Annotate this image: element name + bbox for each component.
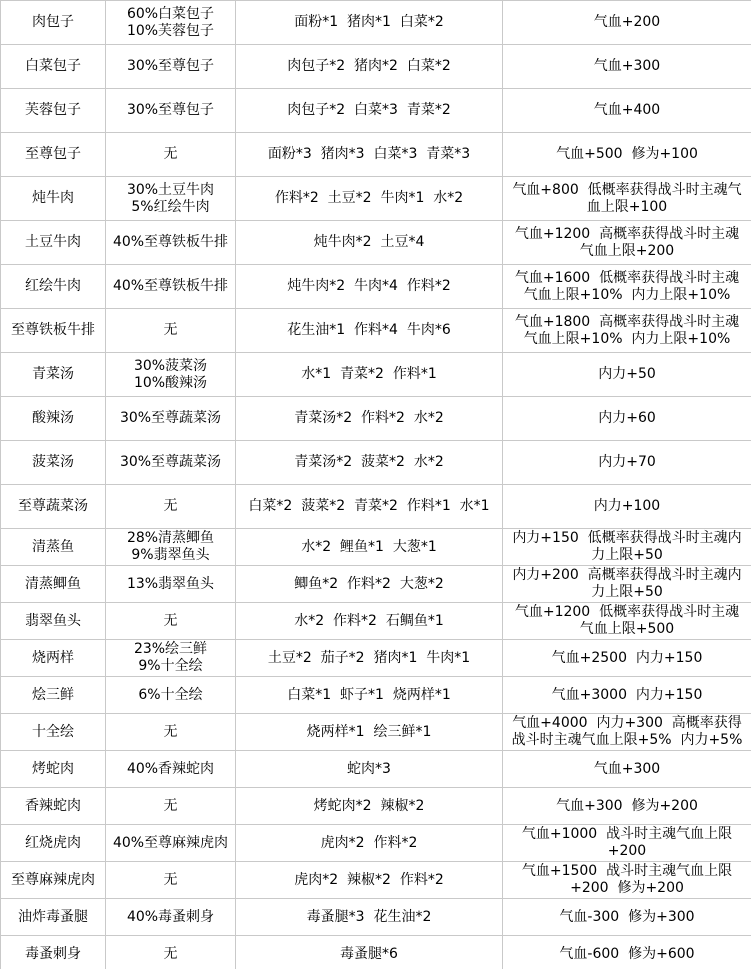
table-row: 至尊蔬菜汤 无 白菜*2 菠菜*2 青菜*2 作料*1 水*1 内力+100: [1, 485, 751, 529]
cell-upgrade-chance[interactable]: 30%菠菜汤 10%酸辣汤: [106, 353, 236, 397]
table-row: 香辣蛇肉 无 烤蛇肉*2 辣椒*2 气血+300 修为+200: [1, 788, 751, 825]
table-row: 土豆牛肉 40%至尊铁板牛排 炖牛肉*2 土豆*4 气血+1200 高概率获得战…: [1, 221, 751, 265]
cell-upgrade-chance[interactable]: 30%至尊蔬菜汤: [106, 397, 236, 441]
table-row: 烧两样 23%绘三鲜 9%十全绘 土豆*2 茄子*2 猪肉*1 牛肉*1 气血+…: [1, 640, 751, 677]
cell-recipe-name[interactable]: 土豆牛肉: [1, 221, 106, 265]
cell-effects[interactable]: 内力+70: [503, 441, 751, 485]
cell-upgrade-chance[interactable]: 无: [106, 936, 236, 969]
cell-effects[interactable]: 气血+1200 高概率获得战斗时主魂气血上限+200: [503, 221, 751, 265]
cell-ingredients[interactable]: 土豆*2 茄子*2 猪肉*1 牛肉*1: [236, 640, 503, 677]
cell-upgrade-chance[interactable]: 6%十全绘: [106, 677, 236, 714]
cell-upgrade-chance[interactable]: 无: [106, 714, 236, 751]
cell-ingredients[interactable]: 烤蛇肉*2 辣椒*2: [236, 788, 503, 825]
table-row: 十全绘 无 烧两样*1 绘三鲜*1 气血+4000 内力+300 高概率获得战斗…: [1, 714, 751, 751]
cell-ingredients[interactable]: 青菜汤*2 菠菜*2 水*2: [236, 441, 503, 485]
table-row: 菠菜汤 30%至尊蔬菜汤 青菜汤*2 菠菜*2 水*2 内力+70: [1, 441, 751, 485]
cell-upgrade-chance[interactable]: 30%至尊包子: [106, 45, 236, 89]
cell-upgrade-chance[interactable]: 40%至尊铁板牛排: [106, 221, 236, 265]
cell-ingredients[interactable]: 虎肉*2 辣椒*2 作料*2: [236, 862, 503, 899]
cell-effects[interactable]: 气血+1500 战斗时主魂气血上限+200 修为+200: [503, 862, 751, 899]
table-row: 白菜包子 30%至尊包子 肉包子*2 猪肉*2 白菜*2 气血+300: [1, 45, 751, 89]
cell-ingredients[interactable]: 蛇肉*3: [236, 751, 503, 788]
cell-ingredients[interactable]: 花生油*1 作料*4 牛肉*6: [236, 309, 503, 353]
cell-ingredients[interactable]: 面粉*3 猪肉*3 白菜*3 青菜*3: [236, 133, 503, 177]
cell-recipe-name[interactable]: 酸辣汤: [1, 397, 106, 441]
cell-ingredients[interactable]: 炖牛肉*2 牛肉*4 作料*2: [236, 265, 503, 309]
cell-ingredients[interactable]: 毒蚤腿*6: [236, 936, 503, 969]
cell-ingredients[interactable]: 水*1 青菜*2 作料*1: [236, 353, 503, 397]
cell-upgrade-chance[interactable]: 无: [106, 603, 236, 640]
cell-ingredients[interactable]: 白菜*2 菠菜*2 青菜*2 作料*1 水*1: [236, 485, 503, 529]
cell-recipe-name[interactable]: 至尊蔬菜汤: [1, 485, 106, 529]
cell-ingredients[interactable]: 肉包子*2 白菜*3 青菜*2: [236, 89, 503, 133]
table-row: 肉包子 60%白菜包子 10%芙蓉包子 面粉*1 猪肉*1 白菜*2 气血+20…: [1, 1, 751, 45]
cell-effects[interactable]: 气血-300 修为+300: [503, 899, 751, 936]
cell-upgrade-chance[interactable]: 无: [106, 133, 236, 177]
cell-upgrade-chance[interactable]: 23%绘三鲜 9%十全绘: [106, 640, 236, 677]
cell-effects[interactable]: 气血+800 低概率获得战斗时主魂气血上限+100: [503, 177, 751, 221]
cell-ingredients[interactable]: 面粉*1 猪肉*1 白菜*2: [236, 1, 503, 45]
cell-upgrade-chance[interactable]: 30%至尊蔬菜汤: [106, 441, 236, 485]
cell-effects[interactable]: 内力+50: [503, 353, 751, 397]
cell-recipe-name[interactable]: 十全绘: [1, 714, 106, 751]
cell-effects[interactable]: 气血+300: [503, 751, 751, 788]
table-row: 青菜汤 30%菠菜汤 10%酸辣汤 水*1 青菜*2 作料*1 内力+50: [1, 353, 751, 397]
cell-effects[interactable]: 内力+150 低概率获得战斗时主魂内力上限+50: [503, 529, 751, 566]
table-row: 酸辣汤 30%至尊蔬菜汤 青菜汤*2 作料*2 水*2 内力+60: [1, 397, 751, 441]
cell-effects[interactable]: 气血+400: [503, 89, 751, 133]
cell-effects[interactable]: 气血+4000 内力+300 高概率获得战斗时主魂气血上限+5% 内力+5%: [503, 714, 751, 751]
cell-recipe-name[interactable]: 烩三鲜: [1, 677, 106, 714]
cell-upgrade-chance[interactable]: 30%土豆牛肉 5%红绘牛肉: [106, 177, 236, 221]
table-row: 清蒸鲫鱼 13%翡翠鱼头 鲫鱼*2 作料*2 大葱*2 内力+200 高概率获得…: [1, 566, 751, 603]
cell-ingredients[interactable]: 白菜*1 虾子*1 烧两样*1: [236, 677, 503, 714]
cell-effects[interactable]: 气血+300: [503, 45, 751, 89]
table-row: 清蒸鱼 28%清蒸鲫鱼 9%翡翠鱼头 水*2 鲤鱼*1 大葱*1 内力+150 …: [1, 529, 751, 566]
cell-recipe-name[interactable]: 肉包子: [1, 1, 106, 45]
table-row: 至尊包子 无 面粉*3 猪肉*3 白菜*3 青菜*3 气血+500 修为+100: [1, 133, 751, 177]
cell-upgrade-chance[interactable]: 无: [106, 309, 236, 353]
cell-ingredients[interactable]: 水*2 鲤鱼*1 大葱*1: [236, 529, 503, 566]
cell-effects[interactable]: 气血+1800 高概率获得战斗时主魂气血上限+10% 内力上限+10%: [503, 309, 751, 353]
table-row: 油炸毒蚤腿 40%毒蚤刺身 毒蚤腿*3 花生油*2 气血-300 修为+300: [1, 899, 751, 936]
cell-effects[interactable]: 内力+100: [503, 485, 751, 529]
cell-effects[interactable]: 气血+500 修为+100: [503, 133, 751, 177]
cell-upgrade-chance[interactable]: 13%翡翠鱼头: [106, 566, 236, 603]
cell-recipe-name[interactable]: 白菜包子: [1, 45, 106, 89]
cell-upgrade-chance[interactable]: 28%清蒸鲫鱼 9%翡翠鱼头: [106, 529, 236, 566]
cell-effects[interactable]: 气血-600 修为+600: [503, 936, 751, 969]
cell-recipe-name[interactable]: 清蒸鱼: [1, 529, 106, 566]
cell-recipe-name[interactable]: 红绘牛肉: [1, 265, 106, 309]
cell-upgrade-chance[interactable]: 无: [106, 788, 236, 825]
table-row: 翡翠鱼头 无 水*2 作料*2 石鲷鱼*1 气血+1200 低概率获得战斗时主魂…: [1, 603, 751, 640]
cell-recipe-name[interactable]: 烧两样: [1, 640, 106, 677]
cell-recipe-name[interactable]: 清蒸鲫鱼: [1, 566, 106, 603]
cell-upgrade-chance[interactable]: 30%至尊包子: [106, 89, 236, 133]
table-row: 至尊铁板牛排 无 花生油*1 作料*4 牛肉*6 气血+1800 高概率获得战斗…: [1, 309, 751, 353]
cell-effects[interactable]: 气血+1600 低概率获得战斗时主魂气血上限+10% 内力上限+10%: [503, 265, 751, 309]
cell-ingredients[interactable]: 烧两样*1 绘三鲜*1: [236, 714, 503, 751]
cell-recipe-name[interactable]: 至尊麻辣虎肉: [1, 862, 106, 899]
table-row: 芙蓉包子 30%至尊包子 肉包子*2 白菜*3 青菜*2 气血+400: [1, 89, 751, 133]
table-body: 肉包子 60%白菜包子 10%芙蓉包子 面粉*1 猪肉*1 白菜*2 气血+20…: [1, 1, 751, 969]
cell-ingredients[interactable]: 鲫鱼*2 作料*2 大葱*2: [236, 566, 503, 603]
table-row: 毒蚤刺身 无 毒蚤腿*6 气血-600 修为+600: [1, 936, 751, 969]
cell-recipe-name[interactable]: 油炸毒蚤腿: [1, 899, 106, 936]
cell-recipe-name[interactable]: 香辣蛇肉: [1, 788, 106, 825]
cell-upgrade-chance[interactable]: 无: [106, 862, 236, 899]
cell-effects[interactable]: 气血+300 修为+200: [503, 788, 751, 825]
table-row: 烩三鲜 6%十全绘 白菜*1 虾子*1 烧两样*1 气血+3000 内力+150: [1, 677, 751, 714]
cell-recipe-name[interactable]: 青菜汤: [1, 353, 106, 397]
cell-ingredients[interactable]: 水*2 作料*2 石鲷鱼*1: [236, 603, 503, 640]
table-row: 炖牛肉 30%土豆牛肉 5%红绘牛肉 作料*2 土豆*2 牛肉*1 水*2 气血…: [1, 177, 751, 221]
cell-recipe-name[interactable]: 至尊铁板牛排: [1, 309, 106, 353]
cell-ingredients[interactable]: 肉包子*2 猪肉*2 白菜*2: [236, 45, 503, 89]
cell-effects[interactable]: 气血+200: [503, 1, 751, 45]
cell-ingredients[interactable]: 虎肉*2 作料*2: [236, 825, 503, 862]
cell-upgrade-chance[interactable]: 40%毒蚤刺身: [106, 899, 236, 936]
table-row: 红烧虎肉 40%至尊麻辣虎肉 虎肉*2 作料*2 气血+1000 战斗时主魂气血…: [1, 825, 751, 862]
cell-recipe-name[interactable]: 红烧虎肉: [1, 825, 106, 862]
cell-ingredients[interactable]: 青菜汤*2 作料*2 水*2: [236, 397, 503, 441]
cell-recipe-name[interactable]: 菠菜汤: [1, 441, 106, 485]
cell-recipe-name[interactable]: 至尊包子: [1, 133, 106, 177]
cell-effects[interactable]: 气血+1200 低概率获得战斗时主魂气血上限+500: [503, 603, 751, 640]
recipe-table: 肉包子 60%白菜包子 10%芙蓉包子 面粉*1 猪肉*1 白菜*2 气血+20…: [0, 0, 751, 969]
cell-upgrade-chance[interactable]: 40%至尊铁板牛排: [106, 265, 236, 309]
cell-effects[interactable]: 内力+60: [503, 397, 751, 441]
table-row: 至尊麻辣虎肉 无 虎肉*2 辣椒*2 作料*2 气血+1500 战斗时主魂气血上…: [1, 862, 751, 899]
cell-effects[interactable]: 气血+3000 内力+150: [503, 677, 751, 714]
cell-effects[interactable]: 内力+200 高概率获得战斗时主魂内力上限+50: [503, 566, 751, 603]
cell-upgrade-chance[interactable]: 40%至尊麻辣虎肉: [106, 825, 236, 862]
cell-ingredients[interactable]: 作料*2 土豆*2 牛肉*1 水*2: [236, 177, 503, 221]
table-row: 烤蛇肉 40%香辣蛇肉 蛇肉*3 气血+300: [1, 751, 751, 788]
cell-effects[interactable]: 气血+1000 战斗时主魂气血上限+200: [503, 825, 751, 862]
cell-recipe-name[interactable]: 毒蚤刺身: [1, 936, 106, 969]
cell-upgrade-chance[interactable]: 无: [106, 485, 236, 529]
table-row: 红绘牛肉 40%至尊铁板牛排 炖牛肉*2 牛肉*4 作料*2 气血+1600 低…: [1, 265, 751, 309]
cell-upgrade-chance[interactable]: 60%白菜包子 10%芙蓉包子: [106, 1, 236, 45]
cell-recipe-name[interactable]: 芙蓉包子: [1, 89, 106, 133]
cell-recipe-name[interactable]: 炖牛肉: [1, 177, 106, 221]
cell-ingredients[interactable]: 炖牛肉*2 土豆*4: [236, 221, 503, 265]
cell-ingredients[interactable]: 毒蚤腿*3 花生油*2: [236, 899, 503, 936]
cell-effects[interactable]: 气血+2500 内力+150: [503, 640, 751, 677]
cell-upgrade-chance[interactable]: 40%香辣蛇肉: [106, 751, 236, 788]
cell-recipe-name[interactable]: 烤蛇肉: [1, 751, 106, 788]
cell-recipe-name[interactable]: 翡翠鱼头: [1, 603, 106, 640]
